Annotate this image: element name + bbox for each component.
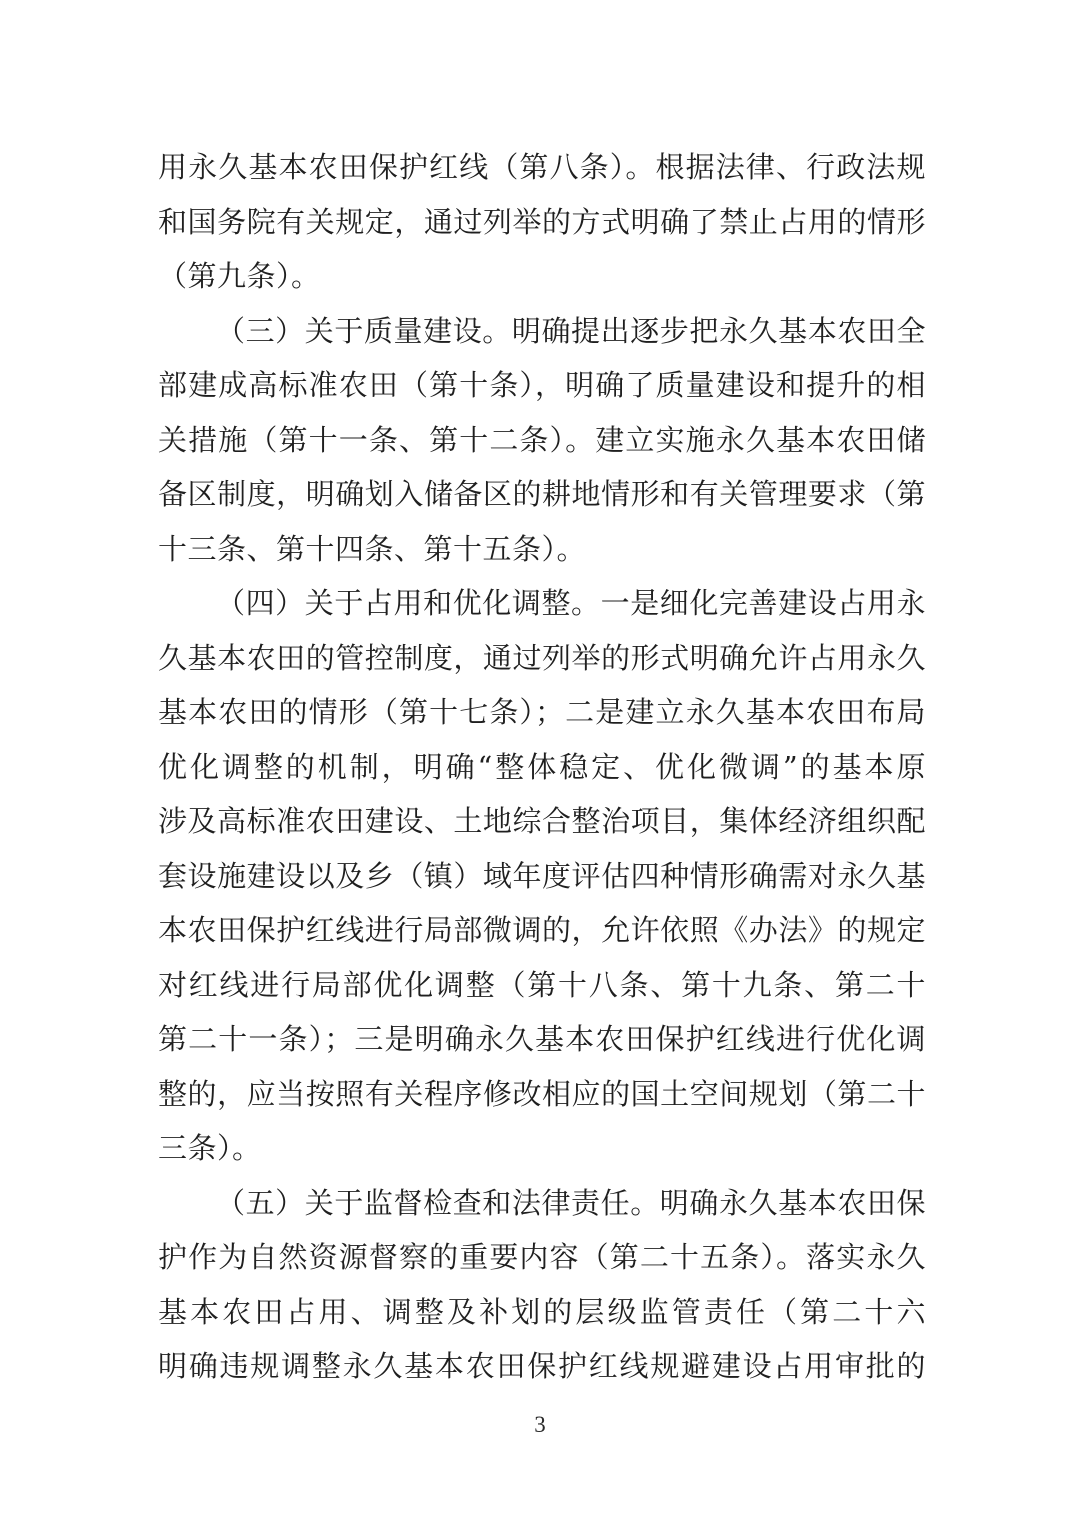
text-line: 三条）。 xyxy=(158,1121,926,1176)
document-body-text: 用永久基本农田保护红线（第八条）。根据法律、行政法规和国务院有关规定，通过列举的… xyxy=(158,140,926,1394)
text-line: 第二十一条）；三是明确永久基本农田保护红线进行优化调 xyxy=(158,1012,926,1067)
text-line: 套设施建设以及乡（镇）域年度评估四种情形确需对永久基 xyxy=(158,849,926,904)
text-line: 部建成高标准农田（第十条），明确了质量建设和提升的相 xyxy=(158,358,926,413)
page-number: 3 xyxy=(0,1412,1080,1438)
text-line: 和国务院有关规定，通过列举的方式明确了禁止占用的情形 xyxy=(158,195,926,250)
text-line: 对红线进行局部优化调整（第十八条、第十九条、第二十条、 xyxy=(158,958,926,1013)
text-line: （四）关于占用和优化调整。一是细化完善建设占用永 xyxy=(158,576,926,631)
text-line: （五）关于监督检查和法律责任。明确永久基本农田保 xyxy=(158,1176,926,1231)
text-line: 备区制度，明确划入储备区的耕地情形和有关管理要求（第 xyxy=(158,467,926,522)
text-line: 护作为自然资源督察的重要内容（第二十五条）。落实永久 xyxy=(158,1230,926,1285)
text-line: 本农田保护红线进行局部微调的，允许依照《办法》的规定 xyxy=(158,903,926,958)
text-line: 优化调整的机制，明确“整体稳定、优化微调”的基本原则， xyxy=(158,740,926,795)
document-page: 用永久基本农田保护红线（第八条）。根据法律、行政法规和国务院有关规定，通过列举的… xyxy=(0,0,1080,1527)
text-line: 基本农田占用、调整及补划的层级监管责任（第二十六条）。 xyxy=(158,1285,926,1340)
text-line: 用永久基本农田保护红线（第八条）。根据法律、行政法规 xyxy=(158,140,926,195)
text-line: 十三条、第十四条、第十五条）。 xyxy=(158,522,926,577)
text-line: 明确违规调整永久基本农田保护红线规避建设占用审批的 xyxy=(158,1339,926,1394)
text-line: （三）关于质量建设。明确提出逐步把永久基本农田全 xyxy=(158,304,926,359)
text-line: 关措施（第十一条、第十二条）。建立实施永久基本农田储 xyxy=(158,413,926,468)
text-line: 整的，应当按照有关程序修改相应的国土空间规划（第二十 xyxy=(158,1067,926,1122)
text-line: 久基本农田的管控制度，通过列举的形式明确允许占用永久 xyxy=(158,631,926,686)
text-line: （第九条）。 xyxy=(158,249,926,304)
text-line: 涉及高标准农田建设、土地综合整治项目，集体经济组织配 xyxy=(158,794,926,849)
text-line: 基本农田的情形（第十七条）；二是建立永久基本农田布局 xyxy=(158,685,926,740)
